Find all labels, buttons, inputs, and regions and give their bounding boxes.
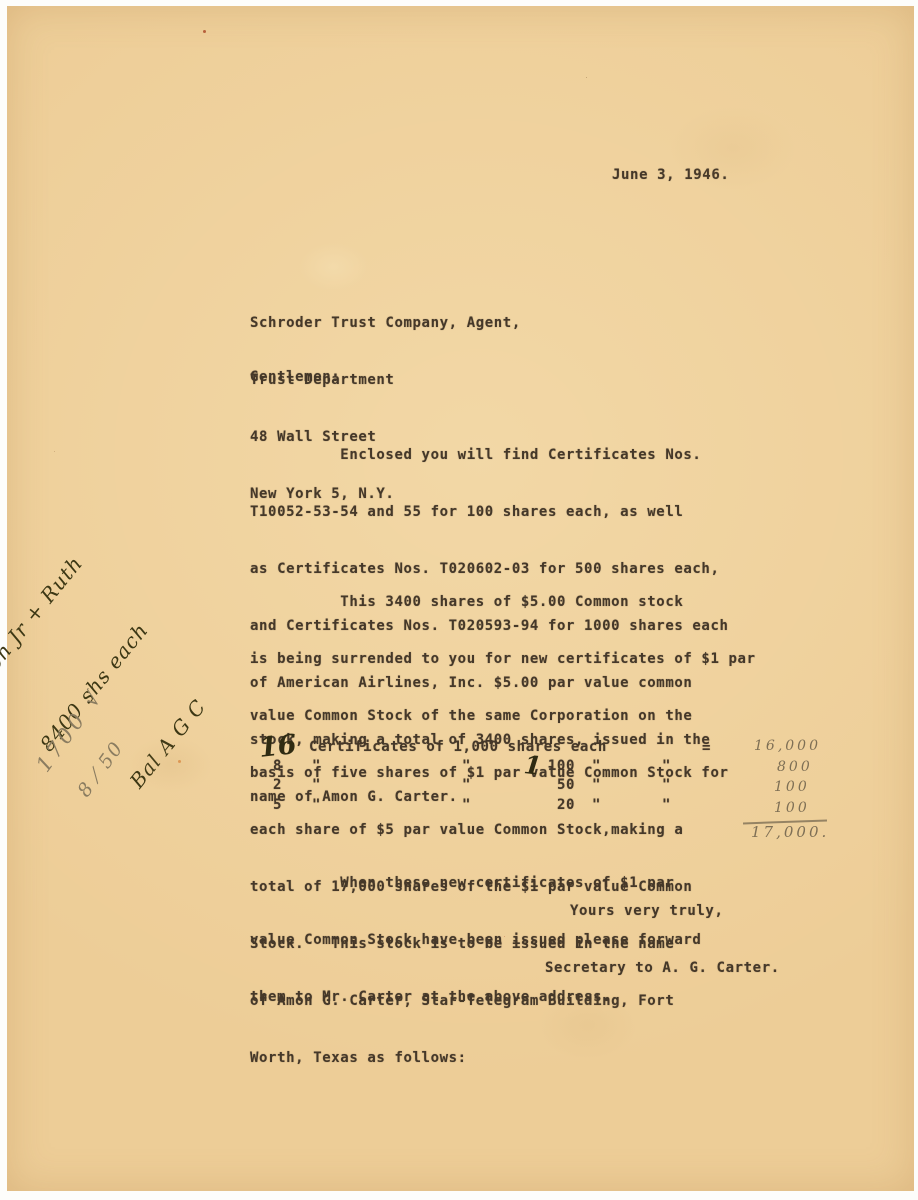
ditto-mark: " bbox=[592, 758, 601, 774]
margin-note-line: Amon Jr + Ruth bbox=[0, 467, 157, 704]
ditto-mark: " bbox=[462, 777, 471, 793]
table-share-value: 100 bbox=[511, 758, 575, 774]
table-quantity: 5 bbox=[273, 797, 282, 813]
paragraph-line: T10052-53-54 and 55 for 100 shares each,… bbox=[250, 503, 729, 522]
handwritten-amount: 100 bbox=[774, 800, 810, 816]
ditto-mark: " bbox=[312, 777, 321, 793]
paragraph-line: Worth, Texas as follows: bbox=[250, 1049, 756, 1068]
paragraph-line: When these new certificates of $1 par bbox=[250, 874, 701, 893]
scanned-letter-page: { "letter": { "date": "June 3, 1946.", "… bbox=[0, 0, 918, 1200]
ditto-mark: " bbox=[462, 797, 471, 813]
paragraph-line: value Common Stock have been issued plea… bbox=[250, 931, 701, 950]
letter-paper: June 3, 1946. Schroder Trust Company, Ag… bbox=[7, 6, 914, 1191]
handwritten-amount: 800 bbox=[777, 759, 813, 775]
paragraph-line: Enclosed you will find Certificates Nos. bbox=[250, 446, 729, 465]
paragraph-line: This 3400 shares of $5.00 Common stock bbox=[250, 593, 756, 612]
table-quantity: 2 bbox=[273, 777, 282, 793]
handwritten-total: 17,000. bbox=[751, 823, 829, 841]
ditto-mark: " bbox=[312, 797, 321, 813]
ditto-mark: " bbox=[462, 758, 471, 774]
paragraph-line: value Common Stock of the same Corporati… bbox=[250, 707, 756, 726]
ditto-mark: " bbox=[662, 777, 671, 793]
salutation: Gentlemen: bbox=[250, 368, 340, 387]
signature-line: Secretary to A. G. Carter. bbox=[545, 959, 780, 978]
table-quantity: 8 bbox=[273, 758, 282, 774]
recipient-line: Schroder Trust Company, Agent, bbox=[250, 314, 521, 333]
ditto-mark: " bbox=[312, 758, 321, 774]
paper-speck bbox=[203, 30, 206, 33]
handwritten-amount: 100 bbox=[774, 779, 810, 795]
handwritten-amount: 16,000 bbox=[754, 738, 821, 754]
paragraph-line: them to Mr. Carter at the above address. bbox=[250, 988, 701, 1007]
closing: Yours very truly, bbox=[570, 902, 724, 921]
table-share-value: 50 bbox=[511, 777, 575, 793]
certificates-table: 16 Certificates of 1,000 shares each = 1… bbox=[257, 739, 857, 849]
table-row-label: Certificates of 1,000 shares each bbox=[309, 739, 607, 755]
ditto-mark: " bbox=[662, 758, 671, 774]
table-share-value: 20 bbox=[511, 797, 575, 813]
ditto-mark: " bbox=[592, 797, 601, 813]
ditto-mark: " bbox=[662, 797, 671, 813]
letter-date: June 3, 1946. bbox=[612, 166, 729, 185]
paragraph-3: When these new certificates of $1 par va… bbox=[250, 836, 701, 1045]
ditto-mark: " bbox=[592, 777, 601, 793]
equals-sign: = bbox=[702, 740, 711, 756]
